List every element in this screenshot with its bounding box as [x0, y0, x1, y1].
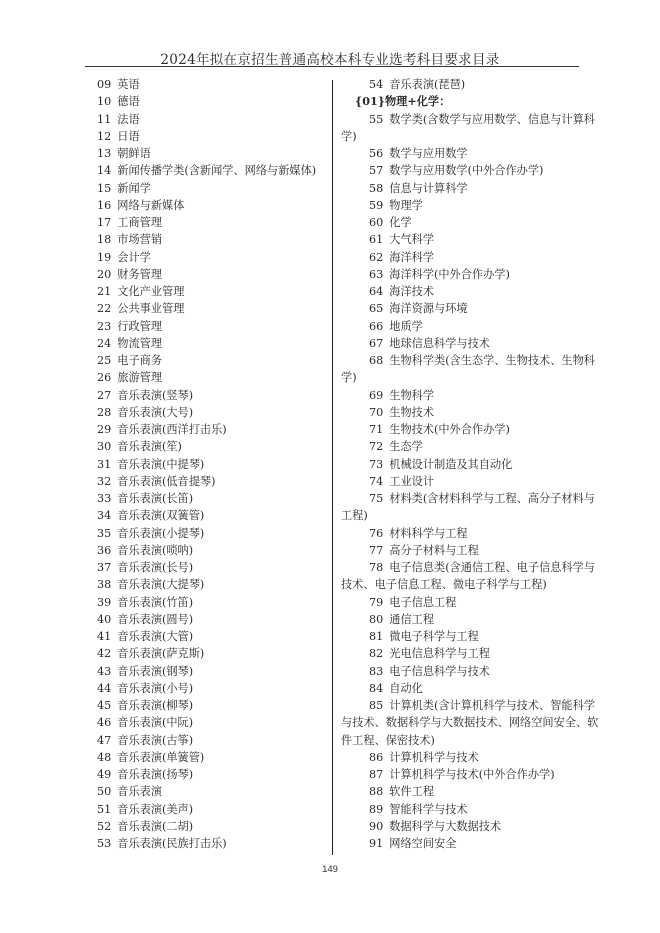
list-item: 44音乐表演(小号)	[97, 680, 329, 697]
item-name: 生态学	[389, 440, 423, 453]
item-name: 音乐表演(竖琴)	[117, 389, 193, 402]
list-item: 35音乐表演(小提琴)	[97, 525, 329, 542]
list-item: 82光电信息科学与工程	[341, 645, 603, 662]
item-name: 财务管理	[117, 268, 162, 281]
list-item: 90数据科学与大数据技术	[341, 818, 603, 835]
item-number: 90	[355, 818, 383, 835]
list-item: 43音乐表演(钢琴)	[97, 663, 329, 680]
item-number: 38	[97, 576, 111, 593]
list-item: 65海洋资源与环境	[341, 300, 603, 317]
list-item: 18市场营销	[97, 231, 329, 248]
item-number: 15	[97, 180, 111, 197]
item-number: 10	[97, 93, 111, 110]
item-number: 75	[355, 490, 383, 507]
list-item: 20财务管理	[97, 266, 329, 283]
item-number: 28	[97, 404, 111, 421]
item-number: 35	[97, 525, 111, 542]
item-number: 30	[97, 438, 111, 455]
item-number: 72	[355, 438, 383, 455]
list-item: 16网络与新媒体	[97, 197, 329, 214]
item-number: 33	[97, 490, 111, 507]
item-name: 地质学	[389, 320, 423, 333]
item-name: 数据科学与大数据技术	[389, 820, 501, 833]
item-name: 物流管理	[117, 337, 162, 350]
item-number: 32	[97, 473, 111, 490]
list-item: 50音乐表演	[97, 783, 329, 800]
item-number: 59	[355, 197, 383, 214]
list-item: 45音乐表演(柳琴)	[97, 697, 329, 714]
list-item: 57数学与应用数学(中外合作办学)	[341, 162, 603, 179]
item-name: 音乐表演(长笛)	[117, 492, 193, 505]
item-number: 62	[355, 249, 383, 266]
list-item: 53音乐表演(民族打击乐)	[97, 835, 329, 852]
item-name: 音乐表演(钢琴)	[117, 665, 193, 678]
item-number: 51	[97, 801, 111, 818]
list-item: 86计算机科学与技术	[341, 749, 603, 766]
item-number: 31	[97, 456, 111, 473]
item-number: 16	[97, 197, 111, 214]
list-item: 12日语	[97, 128, 329, 145]
item-name: 音乐表演(柳琴)	[117, 699, 193, 712]
list-item: 49音乐表演(扬琴)	[97, 766, 329, 783]
left-column: 09英语10德语11法语12日语13朝鲜语14新闻传播学类(含新闻学、网络与新媒…	[97, 76, 329, 852]
item-name: 大气科学	[389, 233, 434, 246]
list-item: 17工商管理	[97, 214, 329, 231]
item-number: 63	[355, 266, 383, 283]
list-item: 51音乐表演(美声)	[97, 801, 329, 818]
list-item: 68生物科学类(含生态学、生物技术、生物科学)	[341, 352, 603, 387]
item-number: 19	[97, 249, 111, 266]
item-name: 数学与应用数学(中外合作办学)	[389, 164, 543, 177]
item-name: 日语	[117, 130, 139, 143]
list-item: 66地质学	[341, 318, 603, 335]
list-item: 30音乐表演(笙)	[97, 438, 329, 455]
item-name: 电子商务	[117, 354, 162, 367]
item-number: 55	[355, 111, 383, 128]
item-name: 音乐表演(笙)	[117, 440, 182, 453]
item-number: 22	[97, 300, 111, 317]
item-name: 电子信息工程	[389, 596, 456, 609]
item-name: 音乐表演(圆号)	[117, 613, 193, 626]
item-number: 58	[355, 180, 383, 197]
column-divider	[332, 80, 333, 855]
list-item: 37音乐表演(长号)	[97, 559, 329, 576]
item-name: 音乐表演(古筝)	[117, 734, 193, 747]
list-item: 28音乐表演(大号)	[97, 404, 329, 421]
item-number: 86	[355, 749, 383, 766]
item-number: 45	[97, 697, 111, 714]
item-number: 74	[355, 473, 383, 490]
item-number: 54	[355, 76, 383, 93]
item-name: 音乐表演(二胡)	[117, 820, 193, 833]
item-number: 41	[97, 628, 111, 645]
list-item: 74工业设计	[341, 473, 603, 490]
item-name: 通信工程	[389, 613, 434, 626]
item-name: 机械设计制造及其自动化	[389, 458, 512, 471]
item-name: 网络与新媒体	[117, 199, 184, 212]
item-number: 76	[355, 525, 383, 542]
list-item: 14新闻传播学类(含新闻学、网络与新媒体)	[97, 162, 329, 179]
item-name: 音乐表演(低音提琴)	[117, 475, 215, 488]
list-item: 69生物科学	[341, 387, 603, 404]
item-number: 21	[97, 283, 111, 300]
item-number: 79	[355, 594, 383, 611]
list-item: 79电子信息工程	[341, 594, 603, 611]
item-name: 信息与计算科学	[389, 182, 467, 195]
list-item: 40音乐表演(圆号)	[97, 611, 329, 628]
item-number: 57	[355, 162, 383, 179]
item-number: 20	[97, 266, 111, 283]
item-number: 09	[97, 76, 111, 93]
header-rule	[85, 66, 579, 67]
item-name: 朝鲜语	[117, 147, 151, 160]
item-name: 新闻学	[117, 182, 151, 195]
list-item: 25电子商务	[97, 352, 329, 369]
list-item: 73机械设计制造及其自动化	[341, 456, 603, 473]
list-item: 75材料类(含材料科学与工程、高分子材料与工程)	[341, 490, 603, 525]
item-number: 83	[355, 663, 383, 680]
item-number: 14	[97, 162, 111, 179]
list-item: 87计算机科学与技术(中外合作办学)	[341, 766, 603, 783]
item-number: 43	[97, 663, 111, 680]
item-name: 公共事业管理	[117, 302, 184, 315]
item-number: 91	[355, 835, 383, 852]
item-number: 73	[355, 456, 383, 473]
item-name: 音乐表演(小号)	[117, 682, 193, 695]
item-name: 音乐表演(琵琶)	[389, 78, 465, 91]
list-item: 80通信工程	[341, 611, 603, 628]
item-number: 25	[97, 352, 111, 369]
list-item: 36音乐表演(唢呐)	[97, 542, 329, 559]
list-item: 61大气科学	[341, 231, 603, 248]
item-name: 海洋科学	[389, 251, 434, 264]
list-item: 39音乐表演(竹笛)	[97, 594, 329, 611]
item-number: 26	[97, 369, 111, 386]
list-item: 27音乐表演(竖琴)	[97, 387, 329, 404]
item-name: 光电信息科学与工程	[389, 647, 490, 660]
list-item: 59物理学	[341, 197, 603, 214]
item-number: 69	[355, 387, 383, 404]
item-name: 智能科学与技术	[389, 803, 467, 816]
item-name: 音乐表演(萨克斯)	[117, 647, 204, 660]
item-number: 89	[355, 801, 383, 818]
item-name: 音乐表演(大号)	[117, 406, 193, 419]
item-number: 77	[355, 542, 383, 559]
item-name: 材料科学与工程	[389, 527, 467, 540]
item-name: 工业设计	[389, 475, 434, 488]
list-item: 26旅游管理	[97, 369, 329, 386]
list-item: 85计算机类(含计算机科学与技术、智能科学与技术、数据科学与大数据技术、网络空间…	[341, 697, 603, 749]
item-name: 海洋科学(中外合作办学)	[389, 268, 510, 281]
list-item: 71生物技术(中外合作办学)	[341, 421, 603, 438]
list-item: 52音乐表演(二胡)	[97, 818, 329, 835]
item-number: 61	[355, 231, 383, 248]
item-number: 24	[97, 335, 111, 352]
item-number: 27	[97, 387, 111, 404]
item-name: 化学	[389, 216, 411, 229]
list-item: 67地球信息科学与技术	[341, 335, 603, 352]
list-item: 10德语	[97, 93, 329, 110]
item-number: 67	[355, 335, 383, 352]
item-name: 文化产业管理	[117, 285, 184, 298]
item-number: 82	[355, 645, 383, 662]
list-item: 72生态学	[341, 438, 603, 455]
list-item: 29音乐表演(西洋打击乐)	[97, 421, 329, 438]
list-item: 84自动化	[341, 680, 603, 697]
item-number: 68	[355, 352, 383, 369]
list-item: 83电子信息科学与技术	[341, 663, 603, 680]
item-name: 物理学	[389, 199, 423, 212]
item-name: 音乐表演(扬琴)	[117, 768, 193, 781]
page-title: 2024年拟在京招生普通高校本科专业选考科目要求目录	[0, 48, 660, 68]
right-entries: 55数学类(含数学与应用数学、信息与计算科学)56数学与应用数学57数学与应用数…	[341, 111, 603, 853]
list-item: 63海洋科学(中外合作办学)	[341, 266, 603, 283]
item-number: 87	[355, 766, 383, 783]
list-item: 81微电子科学与工程	[341, 628, 603, 645]
list-item: 91网络空间安全	[341, 835, 603, 852]
item-name: 音乐表演(长号)	[117, 561, 193, 574]
item-name: 音乐表演(单簧管)	[117, 751, 204, 764]
item-name: 工商管理	[117, 216, 162, 229]
item-name: 数学与应用数学	[389, 147, 467, 160]
item-number: 50	[97, 783, 111, 800]
list-item: 47音乐表演(古筝)	[97, 732, 329, 749]
item-name: 德语	[117, 95, 139, 108]
item-name: 音乐表演(西洋打击乐)	[117, 423, 226, 436]
item-name: 计算机科学与技术	[389, 751, 479, 764]
item-number: 85	[355, 697, 383, 714]
item-name: 音乐表演(民族打击乐)	[117, 837, 226, 850]
item-number: 66	[355, 318, 383, 335]
list-item: 62海洋科学	[341, 249, 603, 266]
list-item: 70生物技术	[341, 404, 603, 421]
item-number: 71	[355, 421, 383, 438]
item-name: 音乐表演(中提琴)	[117, 458, 204, 471]
list-item: 78电子信息类(含通信工程、电子信息科学与技术、电子信息工程、微电子科学与工程)	[341, 559, 603, 594]
list-item: 89智能科学与技术	[341, 801, 603, 818]
item-name: 音乐表演(大管)	[117, 630, 193, 643]
item-number: 56	[355, 145, 383, 162]
list-item: 19会计学	[97, 249, 329, 266]
item-name: 网络空间安全	[389, 837, 456, 850]
list-item: 77高分子材料与工程	[341, 542, 603, 559]
item-name: 自动化	[389, 682, 423, 695]
list-item: 56数学与应用数学	[341, 145, 603, 162]
item-number: 60	[355, 214, 383, 231]
item-name: 新闻传播学类(含新闻学、网络与新媒体)	[117, 164, 316, 177]
list-item: 22公共事业管理	[97, 300, 329, 317]
list-item: 76材料科学与工程	[341, 525, 603, 542]
item-name: 海洋资源与环境	[389, 302, 467, 315]
item-name: 会计学	[117, 251, 151, 264]
list-item: 41音乐表演(大管)	[97, 628, 329, 645]
item-number: 48	[97, 749, 111, 766]
item-number: 70	[355, 404, 383, 421]
item-number: 34	[97, 507, 111, 524]
item-name: 音乐表演(大提琴)	[117, 578, 204, 591]
list-item: 24物流管理	[97, 335, 329, 352]
item-number: 44	[97, 680, 111, 697]
item-number: 39	[97, 594, 111, 611]
item-number: 49	[97, 766, 111, 783]
page-number: 149	[0, 864, 660, 875]
item-name: 计算机科学与技术(中外合作办学)	[389, 768, 554, 781]
list-item: 48音乐表演(单簧管)	[97, 749, 329, 766]
item-number: 13	[97, 145, 111, 162]
list-item: 54音乐表演(琵琶)	[341, 76, 603, 93]
item-name: 电子信息科学与技术	[389, 665, 490, 678]
list-item: 31音乐表演(中提琴)	[97, 456, 329, 473]
list-item: 15新闻学	[97, 180, 329, 197]
list-item: 21文化产业管理	[97, 283, 329, 300]
item-number: 29	[97, 421, 111, 438]
list-item: 13朝鲜语	[97, 145, 329, 162]
item-number: 52	[97, 818, 111, 835]
list-item: 88软件工程	[341, 783, 603, 800]
item-name: 英语	[117, 78, 139, 91]
item-number: 81	[355, 628, 383, 645]
list-item: 38音乐表演(大提琴)	[97, 576, 329, 593]
item-name: 法语	[117, 113, 139, 126]
item-number: 36	[97, 542, 111, 559]
list-item: 11法语	[97, 111, 329, 128]
item-number: 17	[97, 214, 111, 231]
item-number: 11	[97, 111, 111, 128]
item-number: 65	[355, 300, 383, 317]
list-item: 09英语	[97, 76, 329, 93]
item-number: 46	[97, 714, 111, 731]
item-number: 23	[97, 318, 111, 335]
item-number: 64	[355, 283, 383, 300]
item-number: 37	[97, 559, 111, 576]
section-heading: {01}物理+化学：	[341, 93, 603, 110]
item-number: 78	[355, 559, 383, 576]
item-name: 市场营销	[117, 233, 162, 246]
item-name: 生物技术(中外合作办学)	[389, 423, 510, 436]
item-name: 地球信息科学与技术	[389, 337, 490, 350]
list-item: 23行政管理	[97, 318, 329, 335]
item-name: 行政管理	[117, 320, 162, 333]
list-item: 42音乐表演(萨克斯)	[97, 645, 329, 662]
item-name: 海洋技术	[389, 285, 434, 298]
item-number: 40	[97, 611, 111, 628]
list-item: 64海洋技术	[341, 283, 603, 300]
list-item: 46音乐表演(中阮)	[97, 714, 329, 731]
item-name: 旅游管理	[117, 371, 162, 384]
item-name: 音乐表演(小提琴)	[117, 527, 204, 540]
right-column: 54音乐表演(琵琶) {01}物理+化学： 55数学类(含数学与应用数学、信息与…	[341, 76, 603, 852]
item-name: 音乐表演(中阮)	[117, 716, 193, 729]
list-item: 58信息与计算科学	[341, 180, 603, 197]
list-item: 33音乐表演(长笛)	[97, 490, 329, 507]
item-number: 53	[97, 835, 111, 852]
item-name: 音乐表演(竹笛)	[117, 596, 193, 609]
item-number: 42	[97, 645, 111, 662]
list-item: 55数学类(含数学与应用数学、信息与计算科学)	[341, 111, 603, 146]
item-number: 80	[355, 611, 383, 628]
item-name: 音乐表演(美声)	[117, 803, 193, 816]
item-name: 生物技术	[389, 406, 434, 419]
item-number: 88	[355, 783, 383, 800]
item-number: 84	[355, 680, 383, 697]
item-name: 微电子科学与工程	[389, 630, 479, 643]
item-name: 音乐表演(唢呐)	[117, 544, 193, 557]
item-name: 音乐表演	[117, 785, 162, 798]
item-name: 音乐表演(双簧管)	[117, 509, 204, 522]
list-item: 32音乐表演(低音提琴)	[97, 473, 329, 490]
list-item: 60化学	[341, 214, 603, 231]
item-number: 12	[97, 128, 111, 145]
item-name: 高分子材料与工程	[389, 544, 479, 557]
item-name: 软件工程	[389, 785, 434, 798]
item-name: 生物科学	[389, 389, 434, 402]
list-item: 34音乐表演(双簧管)	[97, 507, 329, 524]
item-number: 18	[97, 231, 111, 248]
item-number: 47	[97, 732, 111, 749]
